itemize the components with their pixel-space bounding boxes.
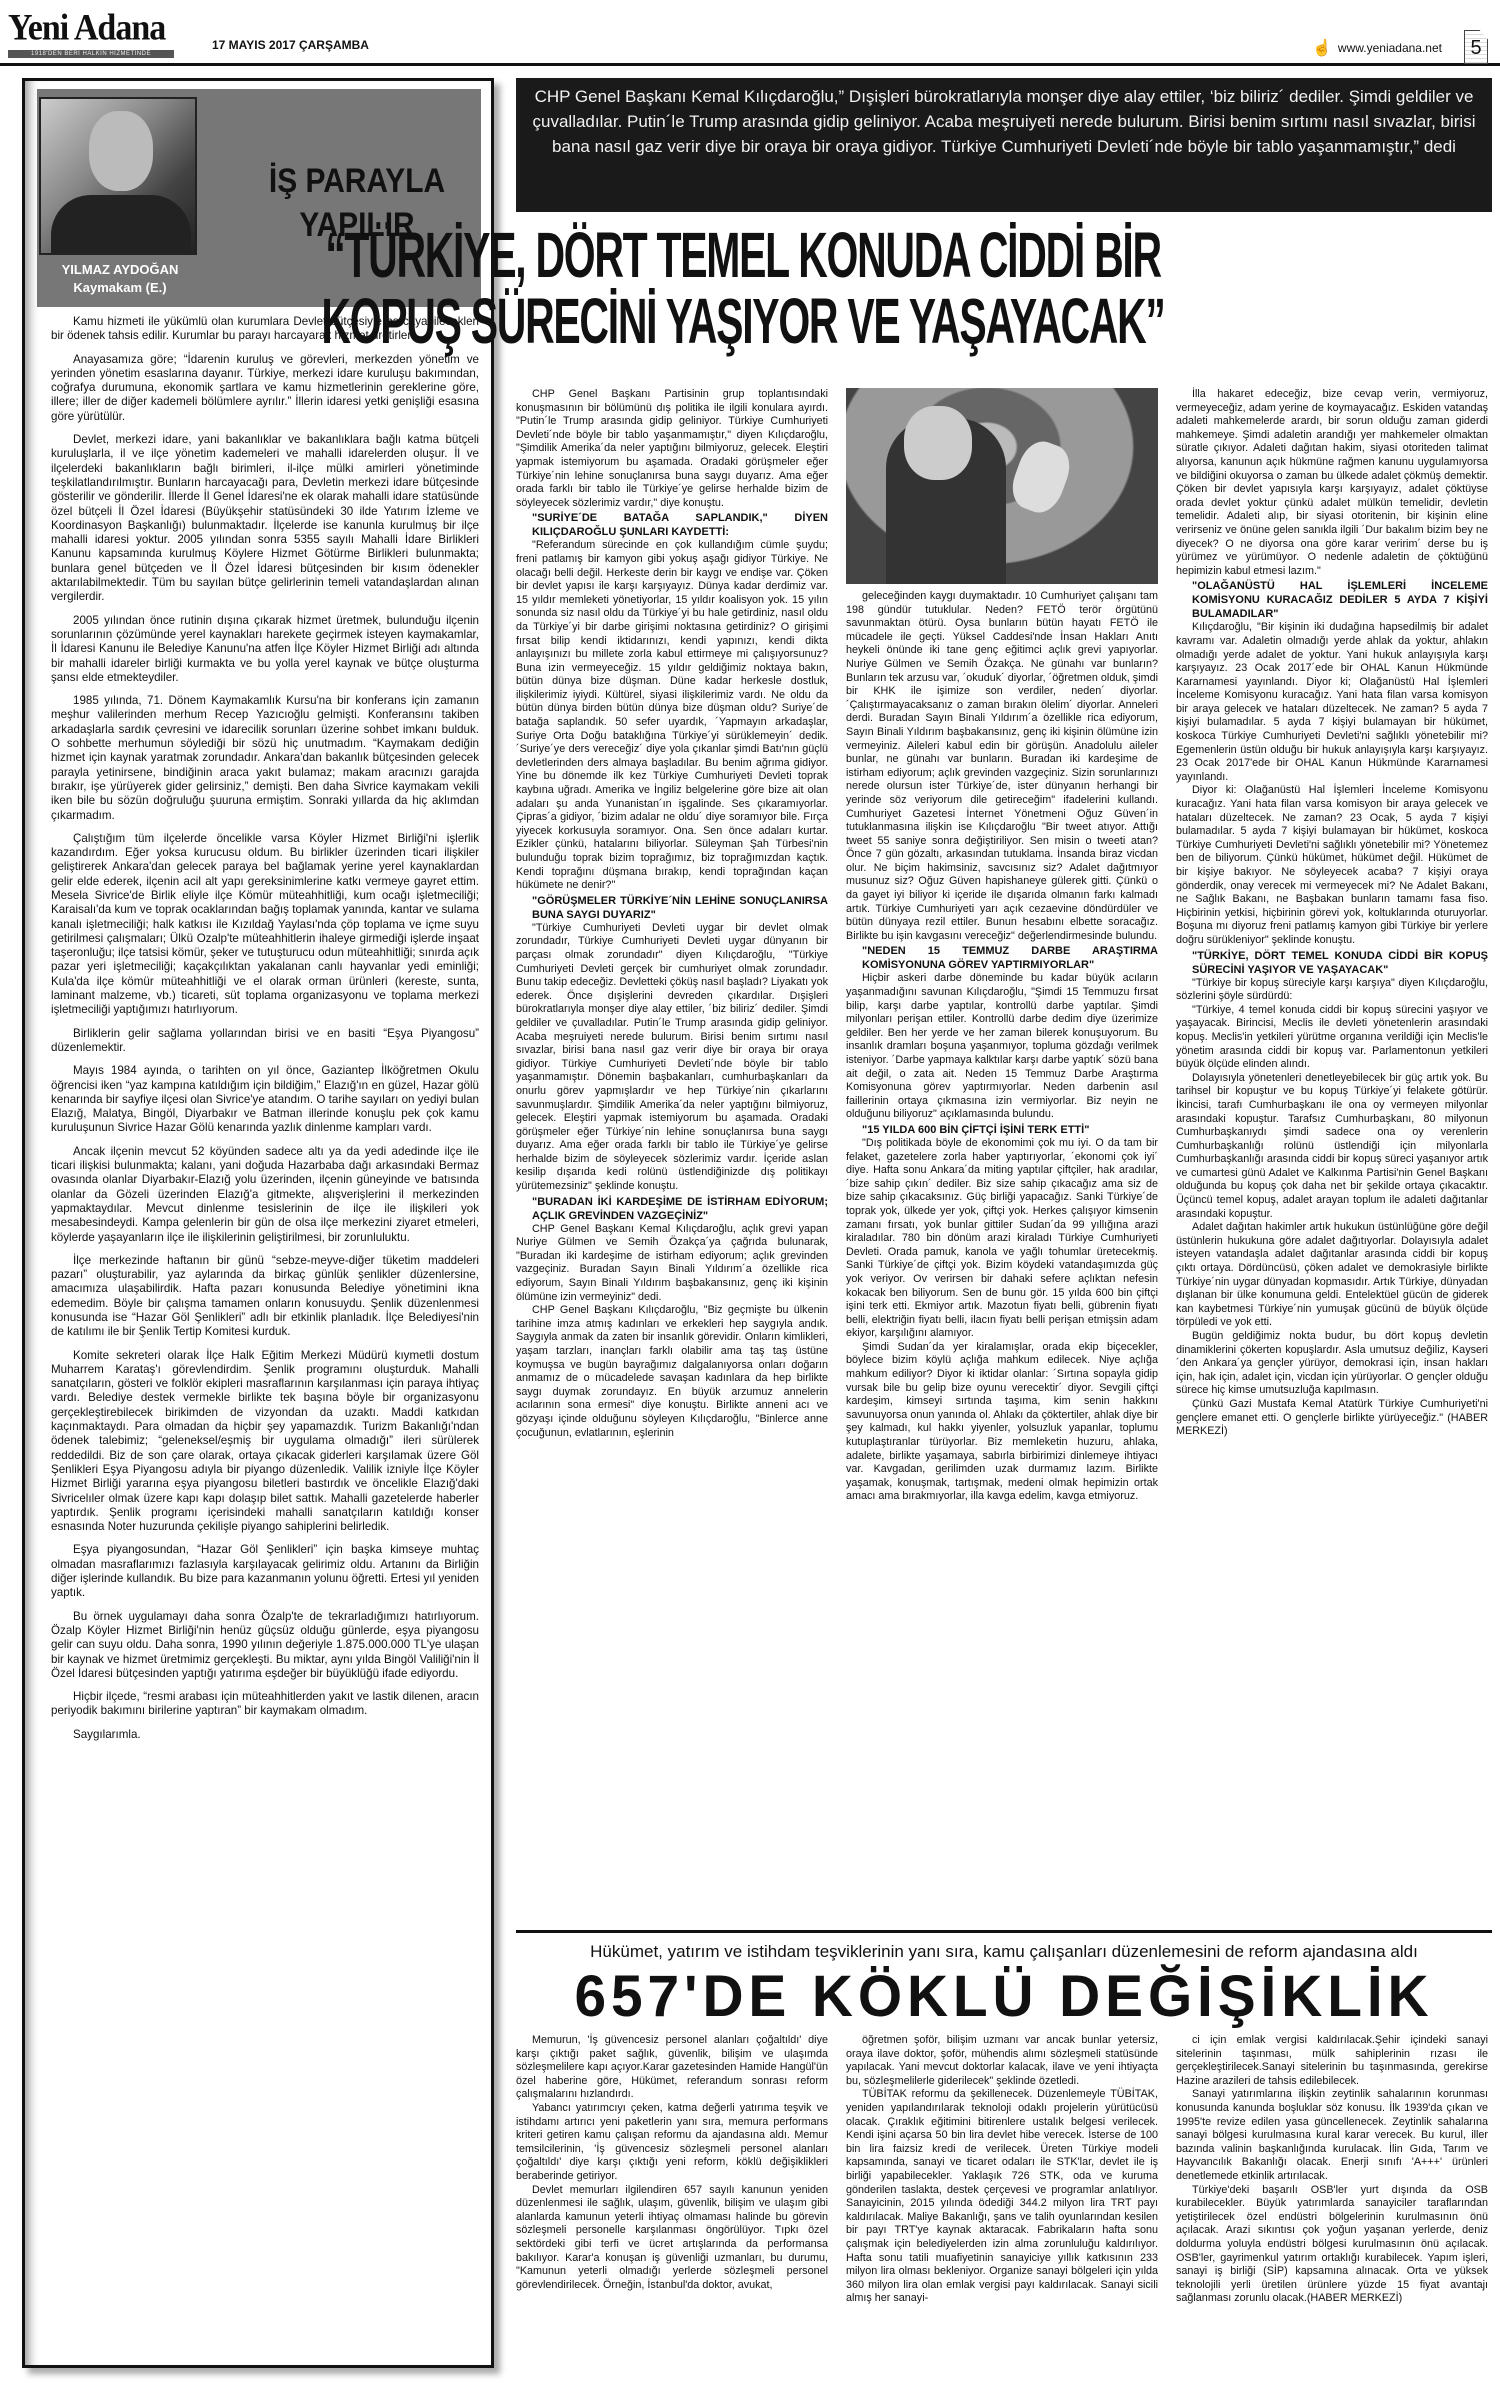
opinion-column: YILMAZ AYDOĞAN Kaymakam (E.) İŞ PARAYLA …: [22, 78, 494, 2368]
bottom-paragraph: Devlet memurları ilgilendiren 657 sayılı…: [516, 2184, 828, 2293]
column-body: Kamu hizmeti ile yükümlü olan kurumlara …: [25, 307, 491, 1742]
pointing-hand-icon: ☝: [1312, 38, 1332, 58]
bottom-paragraph: Sanayi yatırımlarına ilişkin zeytinlik s…: [1176, 2088, 1488, 2183]
bottom-column-1: Memurun, 'İş güvencesiz personel alanlar…: [516, 2034, 828, 2292]
column-paragraph: Eşya piyangosundan, “Hazar Göl Şenlikler…: [51, 1543, 479, 1600]
column-title-line1: İŞ PARAYLA: [251, 159, 462, 203]
article-paragraph: Şimdi Sudan´da yer kiralamışlar, orada e…: [846, 1341, 1158, 1504]
article-paragraph: Dolayısıyla yönetenleri denetleyebilecek…: [1176, 1072, 1488, 1222]
column-paragraph: Komite sekreteri olarak İlçe Halk Eğitim…: [51, 1349, 479, 1535]
section-divider: [516, 1930, 1492, 1933]
column-paragraph: Devlet, merkezi idare, yani bakanlıklar …: [51, 433, 479, 605]
author-photo: [39, 97, 197, 255]
column-paragraph: Bu örnek uygulamayı daha sonra Özalp'te …: [51, 1610, 479, 1681]
bottom-column-3: ci için emlak vergisi kaldırılacak.Şehir…: [1176, 2034, 1488, 2306]
column-paragraph: Ancak ilçenin mevcut 52 köyünden sadece …: [51, 1145, 479, 1245]
article-paragraph: "Referandum sürecinde en çok kullandığım…: [516, 539, 828, 892]
headline-line2: KOPUŞ SÜRECİNİ YAŞIYOR VE YAŞAYACAK”: [253, 288, 1232, 354]
website-link[interactable]: ☝ www.yeniadana.net: [1312, 38, 1442, 58]
photo-speaker-hand: [1006, 436, 1077, 519]
page-number-icon: 5: [1464, 30, 1488, 64]
article-headline: “TÜRKİYE, DÖRT TEMEL KONUDA CİDDİ BİR KO…: [253, 222, 1232, 354]
photo-speaker-head: [904, 406, 972, 480]
issue-date: 17 MAYIS 2017 ÇARŞAMBA: [212, 38, 369, 52]
article-paragraph: Adalet dağıtan hakimler artık hukukun üs…: [1176, 1221, 1488, 1330]
author-title: Kaymakam (E.): [41, 279, 199, 297]
author-byline: YILMAZ AYDOĞAN Kaymakam (E.): [41, 261, 199, 297]
bottom-paragraph: Memurun, 'İş güvencesiz personel alanlar…: [516, 2034, 828, 2102]
article-paragraph: CHP Genel Başkanı Partisinin grup toplan…: [516, 388, 828, 510]
subheading: "GÖRÜŞMELER TÜRKİYE´NİN LEHİNE SONUÇLANI…: [516, 894, 828, 922]
column-paragraph: Hiçbir ilçede, “resmi arabası için mütea…: [51, 1690, 479, 1719]
article-paragraph: Hiçbir askeri darbe döneminde bu kadar b…: [846, 972, 1158, 1122]
column-paragraph: İlçe merkezinde haftanın bir günü “sebze…: [51, 1254, 479, 1340]
column-paragraph: Çalıştığım tüm ilçelerde öncelikle varsa…: [51, 832, 479, 1018]
article-paragraph: CHP Genel Başkanı Kılıçdaroğlu, "Biz geç…: [516, 1304, 828, 1440]
article-paragraph: İlla hakaret edeceğiz, bize cevap verin,…: [1176, 388, 1488, 578]
portrait-suit: [51, 195, 191, 255]
website-url[interactable]: www.yeniadana.net: [1338, 41, 1442, 55]
article-paragraph: Çünkü Gazi Mustafa Kemal Atatürk Türkiye…: [1176, 1398, 1488, 1439]
column-paragraph: Mayıs 1984 ayında, o tarihten on yıl önc…: [51, 1064, 479, 1135]
article-deck: CHP Genel Başkanı Kemal Kılıçdaroğlu,” D…: [516, 78, 1492, 212]
headline-line1: “TÜRKİYE, DÖRT TEMEL KONUDA CİDDİ BİR: [253, 222, 1232, 288]
article-paragraph: "Türkiye, 4 temel konuda ciddi bir kopuş…: [1176, 1004, 1488, 1072]
article-paragraph: CHP Genel Başkanı Kemal Kılıçdaroğlu, aç…: [516, 1223, 828, 1305]
article-paragraph: Diyor ki: Olağanüstü Hal İşlemleri İncel…: [1176, 784, 1488, 947]
column-paragraph: Saygılarımla.: [51, 1728, 479, 1742]
article-paragraph: geleceğinden kaygı duymaktadır. 10 Cumhu…: [846, 590, 1158, 943]
article-columns: CHP Genel Başkanı Partisinin grup toplan…: [516, 388, 1492, 1918]
subheading: "OLAĞANÜSTÜ HAL İŞLEMLERİ İNCELEME KOMİS…: [1176, 579, 1488, 621]
portrait-face: [89, 111, 153, 191]
article-paragraph: "Türkiye bir kopuş süreciyle karşı karşı…: [1176, 977, 1488, 1004]
article-paragraph: "Türkiye Cumhuriyeti Devleti uygar bir d…: [516, 922, 828, 1194]
column-paragraph: Birliklerin gelir sağlama yollarından bi…: [51, 1027, 479, 1056]
author-name: YILMAZ AYDOĞAN: [41, 261, 199, 279]
column-paragraph: Anayasamıza göre; “İdarenin kuruluş ve g…: [51, 353, 479, 424]
bottom-column-2: öğretmen şoför, bilişim uzmanı var ancak…: [846, 2034, 1158, 2306]
article-column-2: geleceğinden kaygı duymaktadır. 10 Cumhu…: [846, 388, 1158, 1504]
logo-tagline: 1918'DEN BERİ HALKIN HİZMETİNDE: [8, 50, 174, 58]
newspaper-logo[interactable]: Yeni Adana 1918'DEN BERİ HALKIN HİZMETİN…: [8, 12, 174, 58]
bottom-paragraph: TÜBİTAK reformu da şekillenecek. Düzenle…: [846, 2088, 1158, 2306]
bottom-paragraph: Türkiye'deki başarılı OSB'ler yurt dışın…: [1176, 2184, 1488, 2306]
bottom-paragraph: Yabancı yatırımcıyı çeken, katma değerli…: [516, 2102, 828, 2184]
subheading: "NEDEN 15 TEMMUZ DARBE ARAŞTIRMA KOMİSYO…: [846, 944, 1158, 972]
article-paragraph: "Dış politikada böyle de ekonomimi çok m…: [846, 1137, 1158, 1341]
bottom-paragraph: öğretmen şoför, bilişim uzmanı var ancak…: [846, 2034, 1158, 2088]
subheading: "BURADAN İKİ KARDEŞİME DE İSTİRHAM EDİYO…: [516, 1195, 828, 1223]
subheading: "TÜRKİYE, DÖRT TEMEL KONUDA CİDDİ BİR KO…: [1176, 949, 1488, 977]
bottom-paragraph: ci için emlak vergisi kaldırılacak.Şehir…: [1176, 2034, 1488, 2088]
article-paragraph: Kılıçdaroğlu, "Bir kişinin iki dudağına …: [1176, 621, 1488, 784]
logo-name: Yeni Adana: [8, 12, 174, 45]
masthead: Yeni Adana 1918'DEN BERİ HALKIN HİZMETİN…: [0, 0, 1500, 66]
bottom-article-headline: 657'DE KÖKLÜ DEĞİŞİKLİK: [526, 1966, 1482, 2028]
subheading: "SURİYE´DE BATAĞA SAPLANDIK," DİYEN KILI…: [516, 511, 828, 539]
bottom-article-kicker: Hükümet, yatırım ve istihdam teşviklerin…: [516, 1942, 1492, 1962]
kilicdaroglu-photo: [846, 388, 1158, 584]
article-column-1: CHP Genel Başkanı Partisinin grup toplan…: [516, 388, 828, 1440]
article-paragraph: Bugün geldiğimiz nokta budur, bu dört ko…: [1176, 1330, 1488, 1398]
column-paragraph: 2005 yılından önce rutinin dışına çıkara…: [51, 614, 479, 685]
subheading: "15 YILDA 600 BİN ÇİFTÇİ İŞİNİ TERK ETTİ…: [846, 1123, 1158, 1137]
column-paragraph: 1985 yılında, 71. Dönem Kaymakamlık Kurs…: [51, 694, 479, 823]
article-column-3: İlla hakaret edeceğiz, bize cevap verin,…: [1176, 388, 1488, 1439]
